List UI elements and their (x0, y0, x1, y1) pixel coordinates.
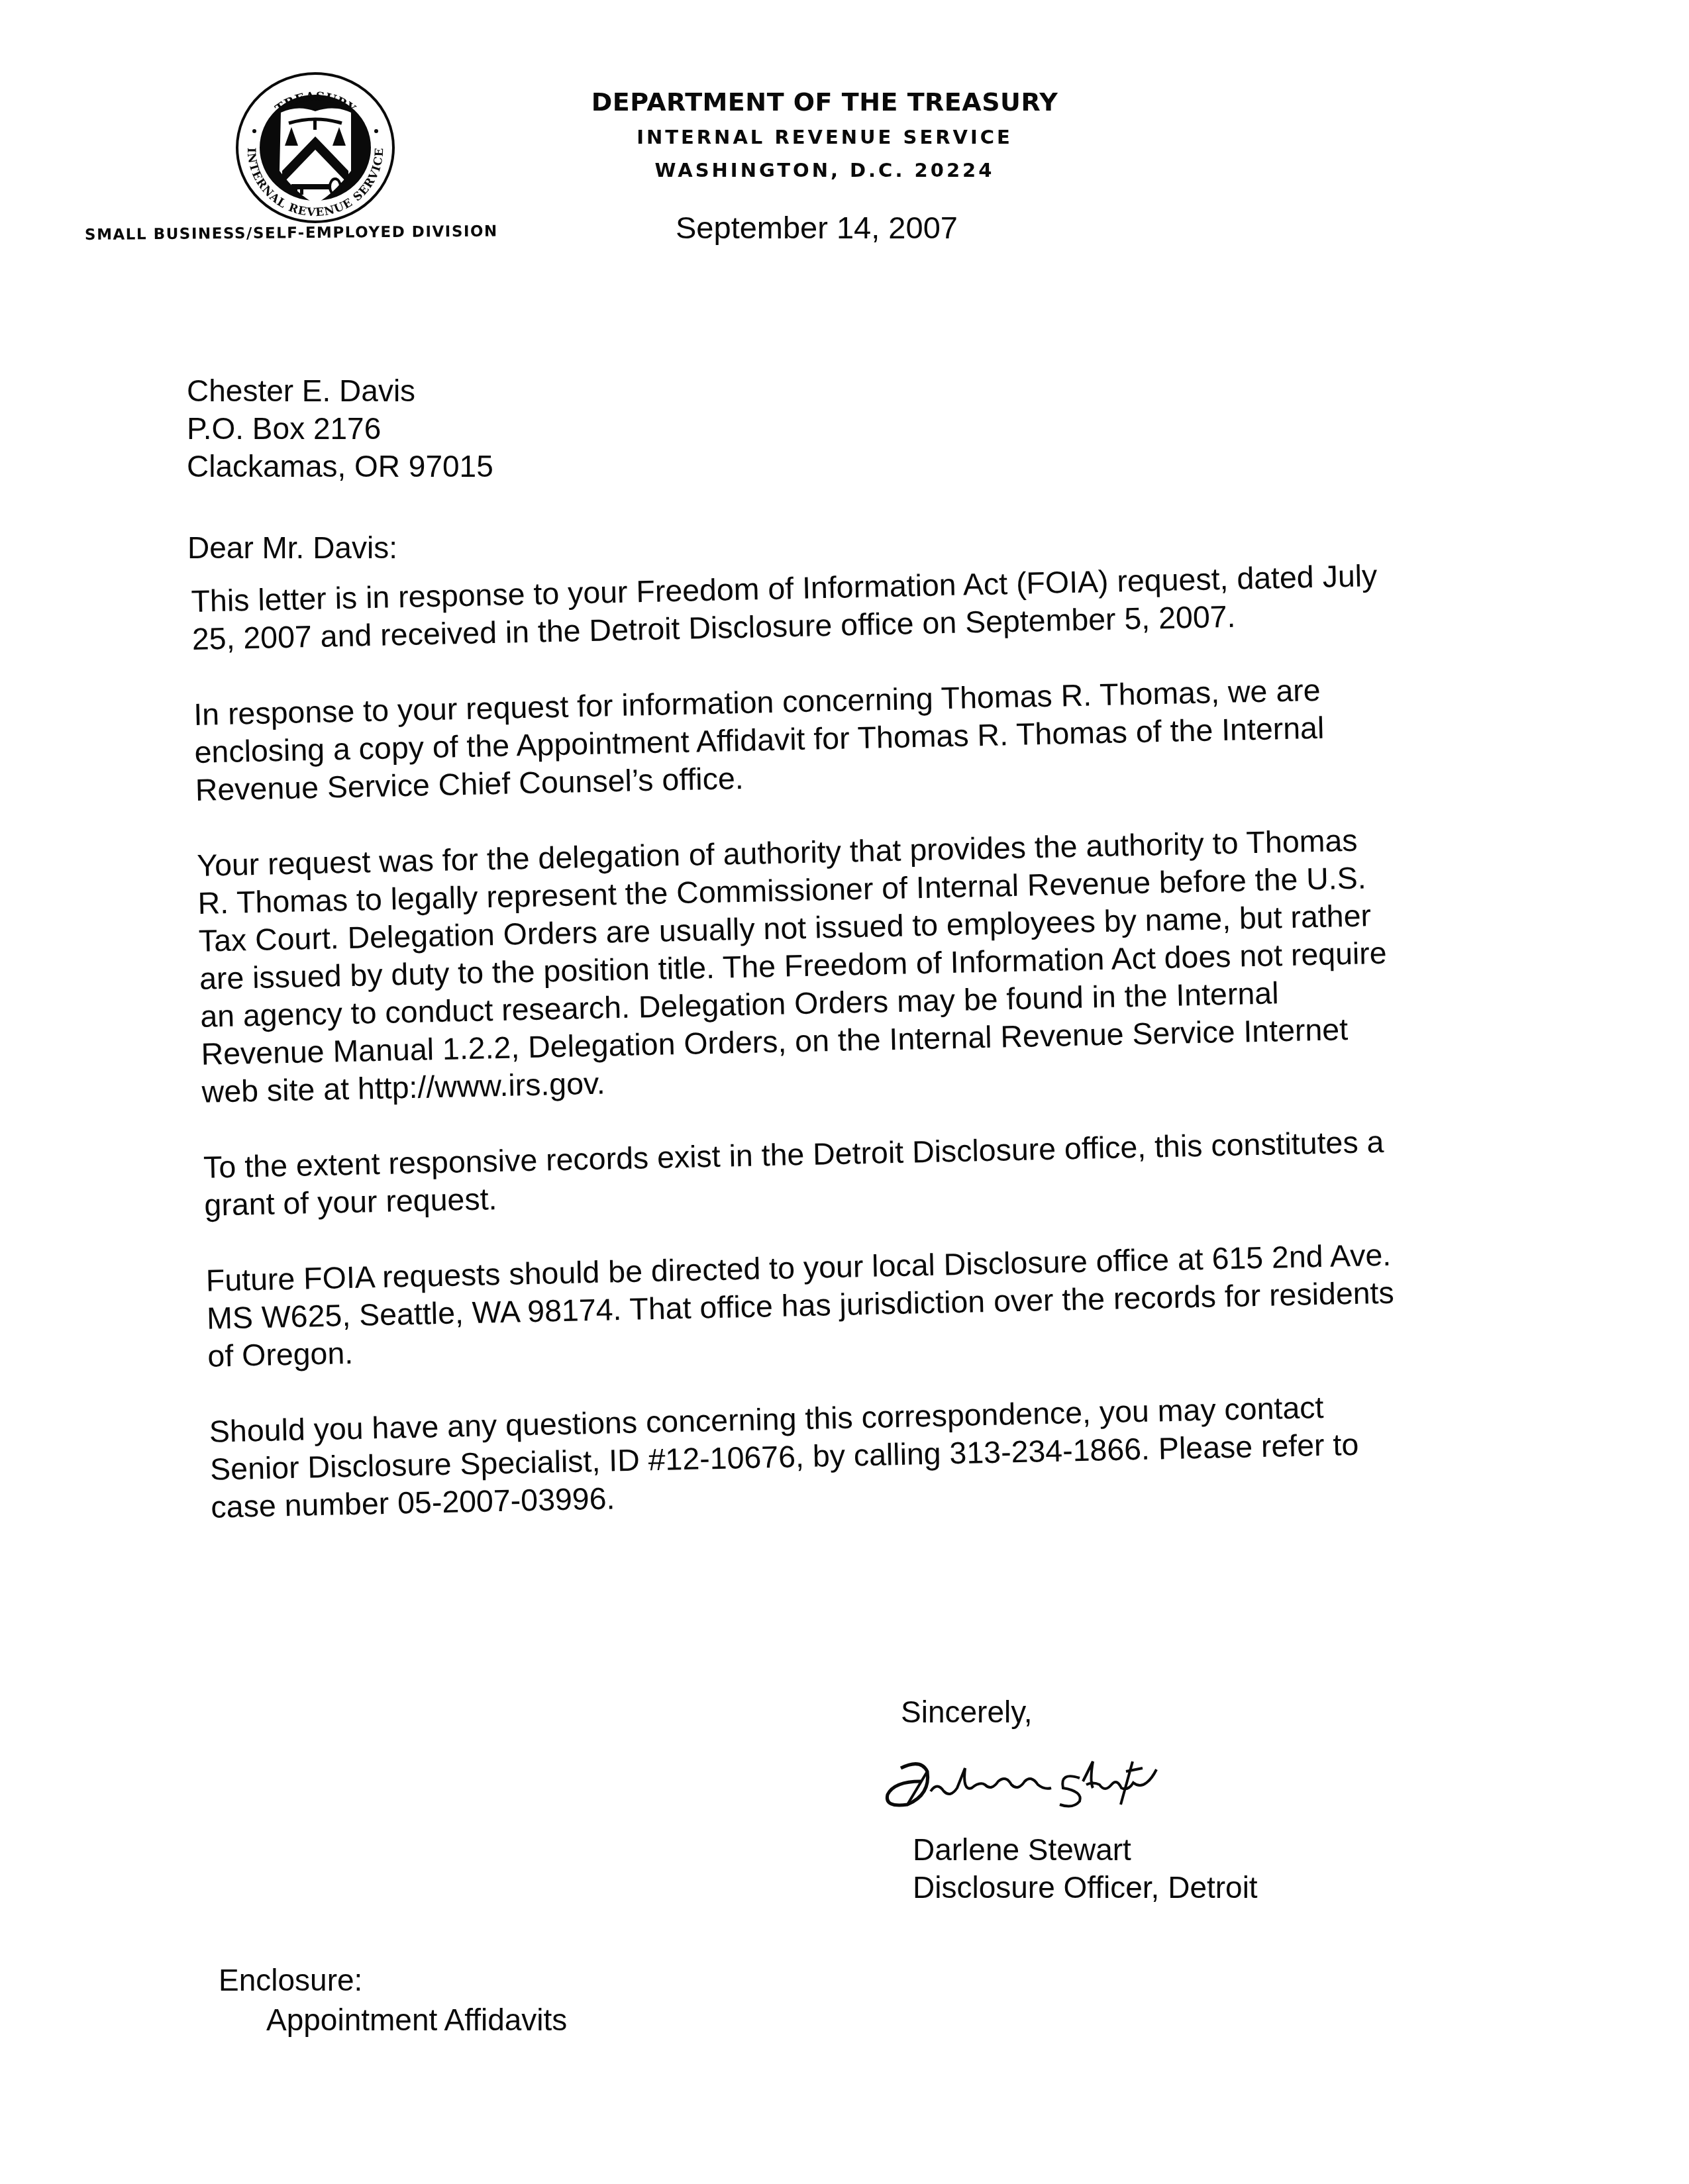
recipient-address-line1: P.O. Box 2176 (187, 410, 493, 448)
department-heading: DEPARTMENT OF THE TREASURY (493, 87, 1156, 117)
agency-heading: INTERNAL REVENUE SERVICE (493, 126, 1156, 148)
recipient-address-line2: Clackamas, OR 97015 (187, 448, 493, 485)
signer-title: Disclosure Officer, Detroit (913, 1869, 1258, 1907)
paragraph: Should you have any questions concerning… (209, 1384, 1535, 1526)
handwritten-signature (881, 1755, 1212, 1814)
agency-location: WASHINGTON, D.C. 20224 (493, 159, 1156, 181)
salutation: Dear Mr. Davis: (187, 530, 397, 566)
signer-block: Darlene Stewart Disclosure Officer, Detr… (913, 1831, 1258, 1907)
paragraph: To the extent responsive records exist i… (203, 1120, 1529, 1224)
paragraph: Your request was for the delegation of a… (197, 818, 1527, 1111)
enclosure-label: Enclosure: (219, 1960, 567, 2000)
paragraph: Future FOIA requests should be directed … (205, 1233, 1532, 1375)
enclosure-item: Appointment Affidavits (219, 2000, 567, 2040)
signer-name: Darlene Stewart (913, 1831, 1258, 1869)
letter-date: September 14, 2007 (676, 209, 958, 246)
treasury-irs-seal-icon: TREASURY INTERNAL REVENUE SERVICE (234, 72, 396, 224)
paragraph: In response to your request for informat… (193, 667, 1520, 809)
letter-body: This letter is in response to your Freed… (191, 554, 1537, 1564)
recipient-name: Chester E. Davis (187, 372, 493, 410)
closing: Sincerely, (901, 1694, 1033, 1730)
division-name: SMALL BUSINESS/SELF-EMPLOYED DIVISION (85, 223, 498, 244)
paragraph: This letter is in response to your Freed… (191, 554, 1517, 658)
enclosure-block: Enclosure: Appointment Affidavits (219, 1960, 567, 2040)
recipient-address-block: Chester E. Davis P.O. Box 2176 Clackamas… (187, 372, 493, 485)
